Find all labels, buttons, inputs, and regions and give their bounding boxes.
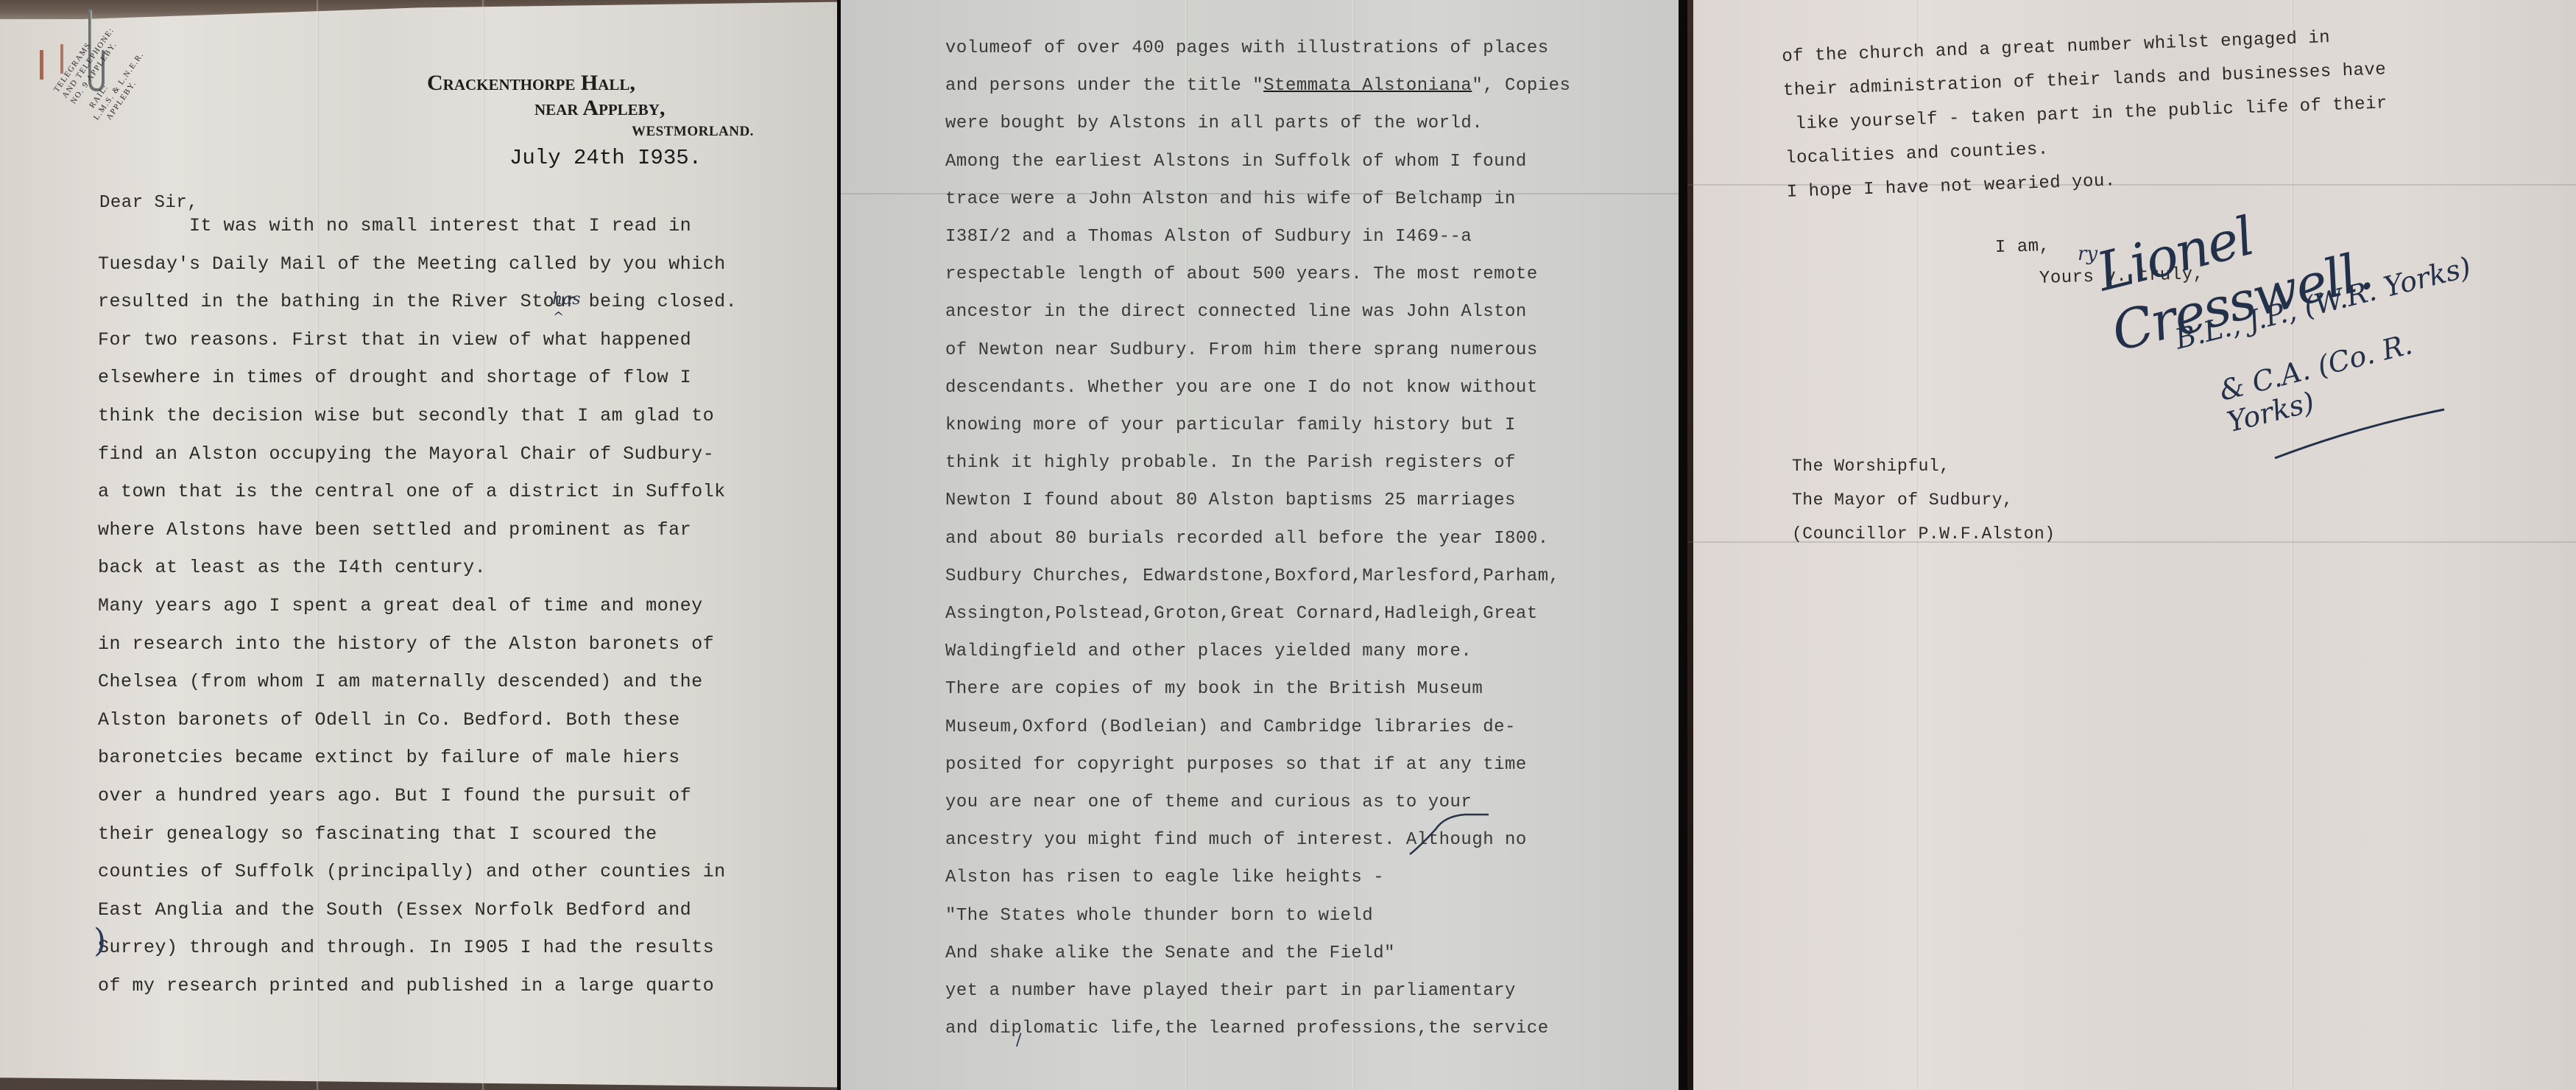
typed-line: "The States whole thunder born to wield <box>945 906 1373 926</box>
letterhead-house-name: Crackenthorpe Hall, <box>427 71 635 96</box>
typed-line: Alston has risen to eagle like heights - <box>945 868 1384 887</box>
typed-line: in research into the history of the Alst… <box>98 633 714 655</box>
typed-line: their administration of their lands and … <box>1783 60 2387 101</box>
typed-line: elsewhere in times of drought and shorta… <box>98 367 691 388</box>
typed-line: Among the earliest Alstons in Suffolk of… <box>945 152 1527 172</box>
typed-line: And shake alike the Senate and the Field… <box>945 943 1395 963</box>
typed-line: Assington,Polstead,Groton,Great Cornard,… <box>945 604 1538 624</box>
typed-line: descendants. Whether you are one I do no… <box>945 378 1538 398</box>
typed-line: and diplomatic life,the learned professi… <box>945 1019 1549 1038</box>
typed-line: where Alstons have been settled and prom… <box>98 519 691 541</box>
typed-line: over a hundred years ago. But I found th… <box>98 785 691 806</box>
closing-i-am: I am, <box>1995 236 2050 258</box>
typed-line: and about 80 burials recorded all before… <box>945 529 1549 549</box>
typed-line: Tuesday's Daily Mail of the Meeting call… <box>98 253 726 275</box>
typed-line: resulted in the bathing in the River Sto… <box>98 291 737 312</box>
book-title: Stemmata Alstoniana <box>1263 76 1472 96</box>
paper-fold <box>482 0 484 1090</box>
typed-line: back at least as the I4th century. <box>98 557 486 578</box>
caret-mark: ^ <box>553 309 564 325</box>
typed-line: baronetcies became extinct by failure of… <box>98 747 680 768</box>
background-surface-top <box>0 0 837 19</box>
typed-line: I38I/2 and a Thomas Alston of Sudbury in… <box>945 227 1472 247</box>
typed-line: It was with no small interest that I rea… <box>98 215 691 236</box>
typed-line: and persons under the title "Stemmata Al… <box>945 76 1570 96</box>
handwritten-insertion-mark <box>1406 809 1495 860</box>
typed-line: think it highly probable. In the Parish … <box>945 453 1516 473</box>
typed-line: were bought by Alstons in all parts of t… <box>945 113 1483 133</box>
typed-line: find an Alston occupying the Mayoral Cha… <box>98 443 714 465</box>
typed-line: For two reasons. First that in view of w… <box>98 329 691 351</box>
typed-line: like yourself - taken part in the public… <box>1784 94 2388 135</box>
typed-line: East Anglia and the South (Essex Norfolk… <box>98 899 691 921</box>
salutation: Dear Sir, <box>99 193 198 213</box>
letterhead-telegram-stamp: TELEGRAMS AND TELEPHONE: NO. 9 APPLEBY. … <box>52 78 126 136</box>
handwritten-bracket: ) <box>93 922 106 960</box>
typed-line: respectable length of about 500 years. T… <box>945 264 1538 284</box>
paper-fold <box>2291 0 2293 1090</box>
typed-line: think the decision wise but secondly tha… <box>98 405 714 426</box>
typed-line: a town that is the central one of a dist… <box>98 481 726 502</box>
typed-line: of my research printed and published in … <box>98 975 714 996</box>
typed-line: yet a number have played their part in p… <box>945 981 1516 1001</box>
typed-line: Museum,Oxford (Bodleian) and Cambridge l… <box>945 717 1516 737</box>
typed-line: volumeof of over 400 pages with illustra… <box>945 38 1549 58</box>
typed-line: posited for copyright purposes so that i… <box>945 755 1527 775</box>
addressee-line: The Mayor of Sudbury, <box>1792 490 2013 510</box>
background-surface-bottom <box>0 1072 837 1090</box>
typed-line: trace were a John Alston and his wife of… <box>945 189 1516 209</box>
typed-line: of the church and a great number whilst … <box>1782 28 2331 67</box>
letter-page-1: TELEGRAMS AND TELEPHONE: NO. 9 APPLEBY. … <box>0 0 837 1090</box>
paper-edge <box>1687 0 1693 1090</box>
typed-line: Waldingfield and other places yielded ma… <box>945 641 1472 661</box>
addressee-line: The Worshipful, <box>1792 457 1950 476</box>
typed-line: There are copies of my book in the Briti… <box>945 679 1483 699</box>
typed-line: Chelsea (from whom I am maternally desce… <box>98 671 703 692</box>
signature: Lionel Cresswell. B.L., J.P., (W.R. York… <box>2091 221 2503 464</box>
handwritten-insertion: has <box>552 290 581 309</box>
typed-line: I hope I have not wearied you. <box>1786 171 2116 203</box>
paper-fold <box>317 0 319 1090</box>
typed-line: Surrey) through and through. In I905 I h… <box>98 937 714 958</box>
addressee-line: (Councillor P.W.F.Alston) <box>1792 524 2055 544</box>
typed-line: Alston baronets of Odell in Co. Bedford.… <box>98 709 680 731</box>
rust-mark <box>60 44 63 74</box>
letterhead-town: near Appleby, <box>534 96 665 121</box>
rust-mark <box>40 50 43 80</box>
typed-line: counties of Suffolk (principally) and ot… <box>98 861 726 882</box>
typed-line: Newton I found about 80 Alston baptisms … <box>945 490 1516 510</box>
typed-line: Sudbury Churches, Edwardstone,Boxford,Ma… <box>945 566 1560 586</box>
typed-line: their genealogy so fascinating that I sc… <box>98 823 657 845</box>
typed-line: of Newton near Sudbury. From him there s… <box>945 340 1538 360</box>
typed-line: you are near one of theme and curious as… <box>945 792 1472 812</box>
typed-line: ancestor in the direct connected line wa… <box>945 302 1527 322</box>
comma-mark: / <box>1016 1031 1021 1049</box>
typed-line: Many years ago I spent a great deal of t… <box>98 595 703 616</box>
typed-line: knowing more of your particular family h… <box>945 415 1516 435</box>
letterhead-county: WESTMORLAND. <box>632 124 754 140</box>
letter-page-2: volumeof of over 400 pages with illustra… <box>841 0 1679 1090</box>
signature-underline <box>2268 405 2452 464</box>
letter-date: July 24th I935. <box>509 146 702 170</box>
